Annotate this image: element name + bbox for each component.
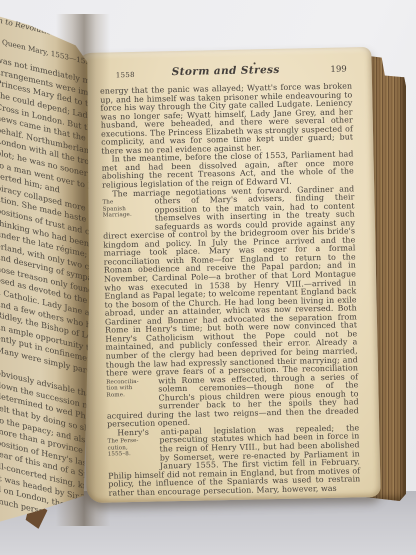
page-number: 199 [330,64,346,74]
paragraph: energy that the panic was allayed; Wyatt… [100,82,353,156]
left-page-text: n to Revolution Queen Mary, 1553—1558. 1… [0,14,90,540]
margin-note: Reconcilia- tion with Rome. [106,378,153,405]
header-year: 1558 [116,71,135,79]
print-speck [254,62,256,64]
right-page: 1558 Storm and Stress 199 energy that th… [77,47,380,503]
chapter-title: Storm and Stress [100,62,352,79]
page-header: 1558 Storm and Stress 199 [100,62,352,80]
paragraph: The marriage negotiations went forward. … [102,185,359,430]
margin-note: The Perse- cution, 1555–8. [107,438,154,465]
body-text: energy that the panic was allayed; Wyatt… [100,82,361,497]
left-page: n to Revolution Queen Mary, 1553—1558. 1… [0,0,90,540]
body-text-segment: In the meantime, before the close of 155… [102,150,354,190]
paragraph: Henry's anti-papal legislation was repea… [107,424,360,498]
left-page-fragments: was not immediately made publicarrangeme… [0,54,90,540]
margin-note: The Spanish Marriage. [102,199,149,226]
book-photo: 1558 Storm and Stress 199 energy that th… [0,0,416,555]
body-text-segment: energy that the panic was allayed; Wyatt… [100,81,353,155]
